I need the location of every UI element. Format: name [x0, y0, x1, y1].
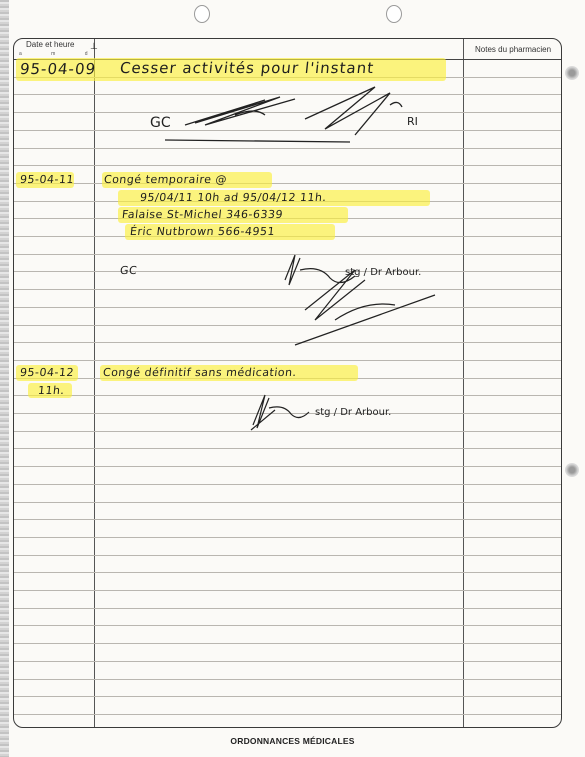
entry-date: 95-04-09	[19, 60, 97, 78]
ruled-line	[14, 714, 561, 715]
svg-text:GC: GC	[150, 115, 171, 131]
svg-text:stg / Dr Arbour.: stg / Dr Arbour.	[345, 267, 421, 278]
ruled-line	[14, 590, 561, 591]
ruled-line	[14, 448, 561, 449]
svg-text:RI: RI	[407, 115, 418, 128]
ruled-line	[14, 537, 561, 538]
ruled-line	[14, 183, 561, 184]
header-mark: ⊥	[90, 41, 98, 52]
ruled-line	[14, 572, 561, 573]
entry-date: 95-04-11	[19, 173, 74, 186]
ruled-line	[14, 679, 561, 680]
ruled-line	[14, 519, 561, 520]
column-divider	[463, 39, 464, 727]
scan-edge	[0, 0, 9, 757]
column-divider	[94, 39, 95, 727]
entry-text: Congé définitif sans médication.	[102, 366, 297, 379]
ruled-line	[14, 625, 561, 626]
svg-text:stg / Dr Arbour.: stg / Dr Arbour.	[315, 407, 391, 418]
entry-initials: GC	[119, 264, 138, 277]
binder-hole	[565, 463, 579, 477]
ruled-line	[14, 165, 561, 166]
ruled-line	[14, 608, 561, 609]
binder-hole	[565, 66, 579, 80]
ruled-line	[14, 696, 561, 697]
entry-text: Cesser activités pour l'instant	[119, 59, 375, 77]
signature-icon: GC RI	[145, 85, 445, 145]
ruled-line	[14, 148, 561, 149]
entry-date: 95-04-12	[19, 366, 74, 379]
notes-column-header: Notes du pharmacien	[475, 45, 551, 54]
signature-icon: stg / Dr Arbour.	[245, 390, 455, 435]
ruled-line	[14, 661, 561, 662]
entry-text: 95/04/11 10h ad 95/04/12 11h.	[139, 191, 327, 204]
entry-text: Éric Nutbrown 566-4951	[129, 225, 275, 238]
entry-text: Falaise St-Michel 346-6339	[121, 208, 283, 221]
ruled-line	[14, 466, 561, 467]
entry-time: 11h.	[37, 384, 65, 397]
ruled-line	[14, 555, 561, 556]
entry-text: Congé temporaire @	[103, 173, 227, 186]
form-title: ORDONNANCES MÉDICALES	[0, 736, 585, 746]
ruled-line	[14, 502, 561, 503]
punch-hole	[386, 5, 402, 23]
ruled-line	[14, 484, 561, 485]
date-column-header: Date et heure	[26, 40, 74, 49]
punch-hole	[194, 5, 210, 23]
signature-icon: stg / Dr Arbour.	[275, 250, 475, 350]
ruled-line	[14, 643, 561, 644]
ruled-line	[14, 360, 561, 361]
